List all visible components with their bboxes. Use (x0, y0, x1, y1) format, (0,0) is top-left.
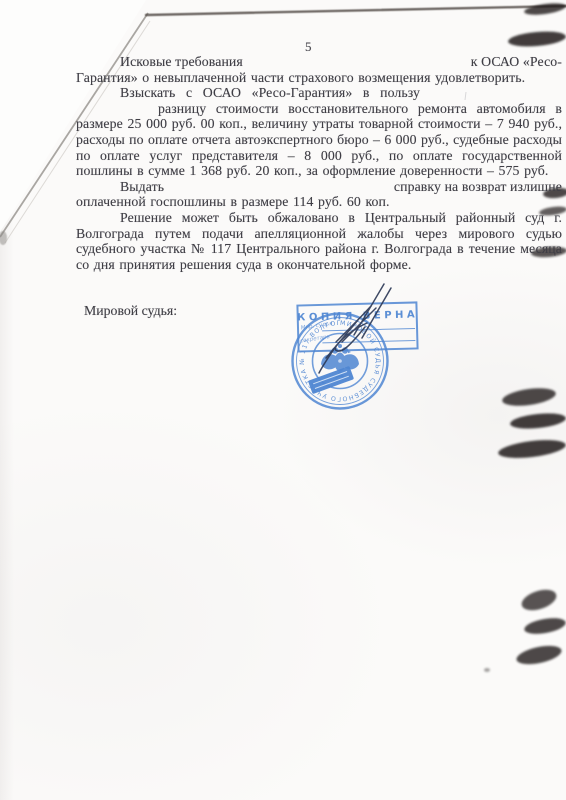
copy-stamp-line-1 (322, 328, 415, 330)
stamp-area: КОПИЯ ВЕРНА Мир. судья секретарь МИРОВОЙ… (270, 278, 495, 428)
doc-line-6: расходы по оплате отчета автоэкспертного… (76, 132, 562, 148)
scan-smudge (523, 615, 566, 636)
scan-smudge (515, 642, 563, 667)
scan-smudge (508, 29, 566, 48)
doc-line-9: Выдатьсправку на возврат излишне (76, 179, 562, 195)
doc-line-5: размере 25 000 руб. 00 коп., величину ут… (76, 116, 562, 132)
doc-line-7: по оплате услуг представителя – 8 000 ру… (76, 148, 562, 164)
doc-line-4: разницу стоимости восстановительного рем… (76, 101, 562, 117)
scan-smudge (524, 1, 566, 17)
scan-smudge (501, 385, 557, 408)
doc-line-10: оплаченной госпошлины в размере 114 руб.… (76, 194, 562, 210)
doc-line-left: Выдать (120, 179, 164, 195)
scan-smudge (497, 437, 566, 461)
signer-label: Мировой судья: (84, 303, 177, 319)
doc-line-13: судебного участка № 117 Центрального рай… (76, 241, 562, 257)
scan-smudge (519, 586, 559, 614)
doc-line-3: Взыскать с ОСАО «Ресо-Гарантия» в пользу (76, 85, 562, 101)
doc-line-2: Гарантия» о невыплаченной части страхово… (76, 70, 562, 86)
scanned-document-page: { "page": { "number": "5" }, "document":… (0, 0, 566, 800)
doc-line-left: Исковые требования (120, 54, 243, 70)
page-number: 5 (305, 39, 313, 55)
fold-corner-mark (0, 231, 7, 245)
doc-line-8: пошлины в сумме 1 368 руб. 20 коп., за о… (76, 163, 562, 179)
scan-top-edge-line (146, 6, 566, 15)
round-seal-group: МИРОВОЙ СУДЬЯ СУДЕБНОГО УЧАСТКА № 117 ВО… (270, 278, 388, 409)
doc-line-11: Решение может быть обжаловано в Централь… (76, 210, 562, 226)
document-lines: Исковые требованияк ОСАО «Ресо-Гарантия»… (76, 54, 562, 272)
doc-line-12: Волгограда путем подачи апелляционной жа… (76, 226, 562, 242)
scan-smudge (484, 668, 490, 672)
doc-line-right: справку на возврат излишне (394, 179, 562, 195)
stamp-graphic: КОПИЯ ВЕРНА Мир. судья секретарь МИРОВОЙ… (270, 278, 495, 428)
scan-smudge (509, 411, 566, 431)
doc-line-1: Исковые требованияк ОСАО «Ресо- (76, 54, 562, 70)
doc-line-right: к ОСАО «Ресо- (471, 54, 562, 70)
doc-line-14: со дня принятия решения суда в окончател… (76, 257, 562, 273)
